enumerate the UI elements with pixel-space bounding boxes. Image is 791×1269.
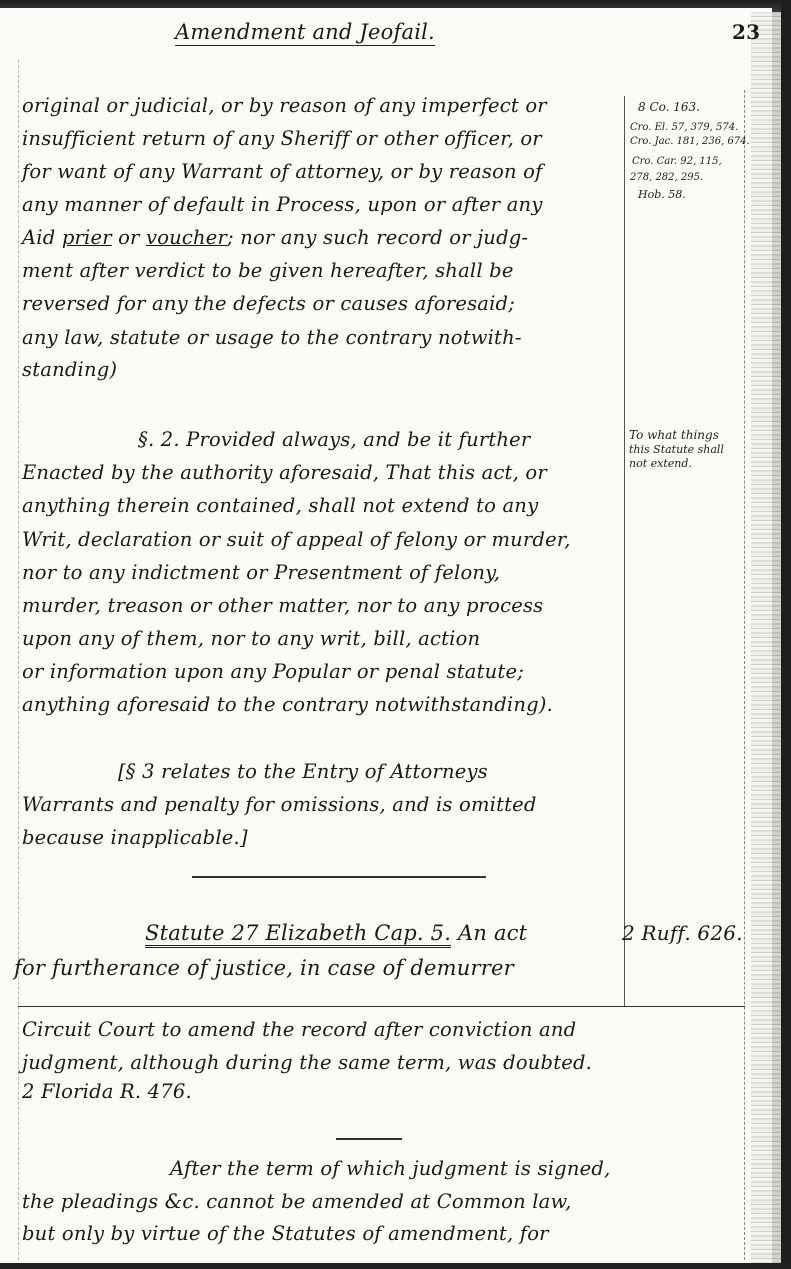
left-margin-rule [18,60,19,1260]
text-line: anything therein contained, shall not ex… [22,494,538,517]
page-title: Amendment and Jeofail. [175,20,435,46]
margin-note-line: To what things [629,428,719,442]
text-line: reversed for any the defects or causes a… [22,292,515,315]
text-line: for want of any Warrant of attorney, or … [22,160,543,183]
text-line: Writ, declaration or suit of appeal of f… [22,528,571,551]
text-line: because inapplicable.] [22,826,248,849]
text-line: nor to any indictment or Presentment of … [22,561,500,584]
statute-citation: 2 Ruff. 626. [622,921,743,945]
text-line: murder, treason or other matter, nor to … [22,594,543,617]
section-divider [192,876,486,878]
text-line: but only by virtue of the Statutes of am… [22,1222,549,1245]
citation: Cro. Jac. 181, 236, 674. [630,136,750,147]
text-line: Warrants and penalty for omissions, and … [22,793,537,816]
text-line: anything aforesaid to the contrary notwi… [22,693,553,716]
text-line: insufficient return of any Sheriff or ot… [22,127,542,150]
text-line: ment after verdict to be given hereafter… [22,259,514,282]
text-line: for furtherance of justice, in case of d… [14,956,514,980]
section-break-rule [18,1006,745,1007]
text-line: original or judicial, or by reason of an… [22,94,547,117]
text-line: [§ 3 relates to the Entry of Attorneys [118,760,488,783]
text-line: 2 Florida R. 476. [22,1080,192,1103]
text-line: Circuit Court to amend the record after … [22,1018,576,1041]
text-line: standing) [22,358,117,381]
citation: 278, 282, 295. [630,172,703,183]
text-line: the pleadings &c. cannot be amended at C… [22,1190,571,1213]
citation-column-rule [624,96,625,1006]
outer-margin-rule [744,90,745,1260]
page-number: 23 [732,20,760,44]
underlined-term: voucher [146,226,227,249]
scan-bottom-edge [0,1263,791,1269]
statute-act-label: An act [458,921,527,945]
text-line: §. 2. Provided always, and be it further [138,428,530,451]
citation: Cro. Car. 92, 115, [632,156,722,167]
text-line: Enacted by the authority aforesaid, That… [22,461,547,484]
text-line: Aid prier or voucher; nor any such recor… [22,226,528,249]
text-line: Statute 27 Elizabeth Cap. 5. An act [145,921,527,945]
margin-note-line: this Statute shall [629,443,724,456]
short-divider [336,1138,402,1140]
text-line: or information upon any Popular or penal… [22,660,524,683]
text-line: any law, statute or usage to the contrar… [22,326,522,349]
margin-note-line: not extend. [629,457,692,470]
citation: Hob. 58. [638,188,686,201]
text-line: any manner of default in Process, upon o… [22,193,543,216]
underlined-term: prier [62,226,112,249]
text-line: upon any of them, nor to any writ, bill,… [22,627,480,650]
text-line: judgment, although during the same term,… [22,1051,592,1074]
statute-title: Statute 27 Elizabeth Cap. 5. [145,921,451,948]
citation: 8 Co. 163. [638,100,700,114]
citation: Cro. El. 57, 379, 574. [630,122,738,133]
book-spine [781,0,791,1269]
text-line: After the term of which judgment is sign… [170,1157,610,1180]
